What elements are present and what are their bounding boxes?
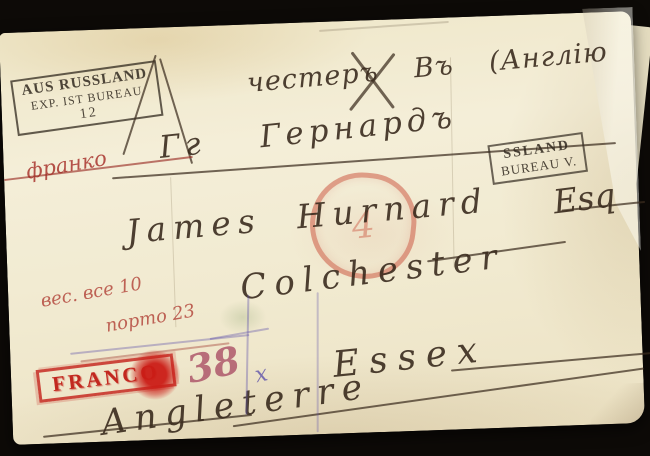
vertical-crease bbox=[450, 57, 455, 267]
red-rate-line2: порто 23 bbox=[104, 300, 197, 336]
addressee-name: James Hurnard bbox=[125, 181, 491, 252]
red-rate-line1: вес. все 10 bbox=[39, 273, 144, 311]
cover-photograph: AUS RUSSLAND EXP. IST BUREAU 12 франко ч… bbox=[0, 0, 650, 456]
crayon-rate-38: 38 bbox=[183, 337, 244, 392]
blue-crayon-scribble bbox=[210, 328, 269, 340]
blue-crayon-vertical bbox=[317, 292, 319, 432]
faint-top-scribble bbox=[319, 21, 449, 32]
red-franco-manuscript: франко bbox=[24, 146, 108, 184]
cyrillic-destination-line: честеръ Въ (Англію bbox=[246, 37, 609, 99]
addressee-suffix: Esq bbox=[551, 175, 617, 221]
transit-handstamp: SSLAND BUREAU V. bbox=[487, 132, 588, 185]
postal-cover: AUS RUSSLAND EXP. IST BUREAU 12 франко ч… bbox=[0, 11, 645, 445]
corner-fold bbox=[590, 383, 645, 425]
franco-handstamp: FRANCO bbox=[36, 353, 177, 403]
